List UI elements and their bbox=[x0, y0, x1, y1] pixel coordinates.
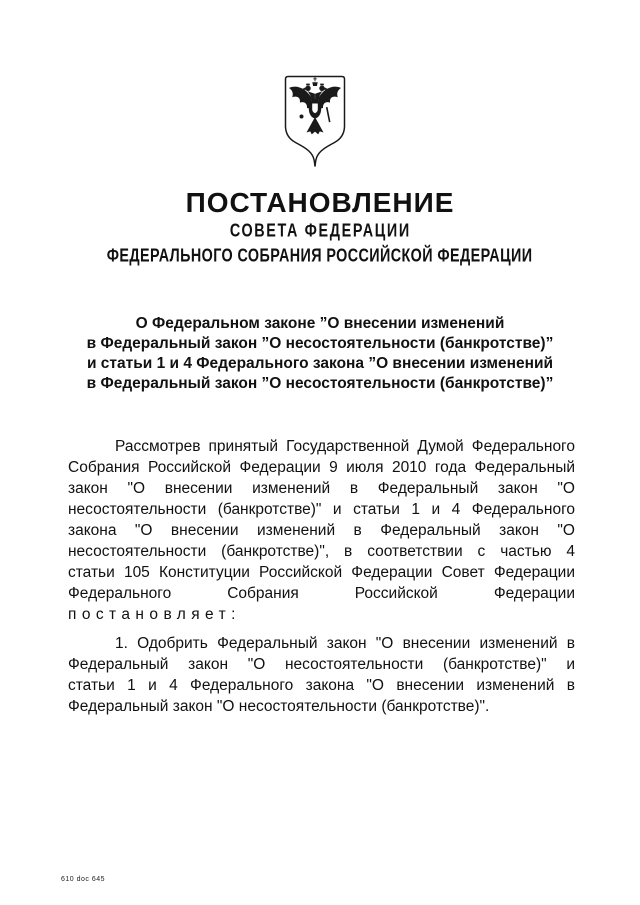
subject-line: и статьи 1 и 4 Федерального закона ”О вн… bbox=[0, 354, 640, 374]
title-council-text: СОВЕТА ФЕДЕРАЦИИ bbox=[230, 219, 411, 241]
resolution-item-1: 1. Одобрить Федеральный закон "О внесени… bbox=[68, 633, 575, 717]
body-line: статьи 1 и 4 Федерального закона "О внес… bbox=[68, 675, 575, 696]
body-line: Собрания Российской Федерации 9 июля 201… bbox=[68, 457, 575, 478]
preamble-paragraph: Рассмотрев принятый Государственной Думо… bbox=[68, 436, 575, 625]
subject-heading: О Федеральном законе ”О внесении изменен… bbox=[0, 314, 640, 394]
body-line: 1. Одобрить Федеральный закон "О внесени… bbox=[68, 633, 575, 654]
subject-line: в Федеральный закон ”О несостоятельности… bbox=[0, 334, 640, 354]
breast-shield bbox=[312, 104, 318, 114]
body-line: статьи 105 Конституции Российской Федера… bbox=[68, 562, 575, 583]
document-title: ПОСТАНОВЛЕНИЕ bbox=[0, 187, 640, 219]
footer-file-code: 610 doc 645 bbox=[61, 876, 105, 883]
title-assembly-line: ФЕДЕРАЛЬНОГО СОБРАНИЯ РОССИЙСКОЙ ФЕДЕРАЦ… bbox=[0, 245, 640, 266]
scanned-decree-page: ПОСТАНОВЛЕНИЕ СОВЕТА ФЕДЕРАЦИИ ФЕДЕРАЛЬН… bbox=[0, 0, 640, 905]
body-line: закона "О внесении изменений в Федеральн… bbox=[68, 520, 575, 541]
body-line: несостоятельности (банкротстве)", в соот… bbox=[68, 541, 575, 562]
subject-line: О Федеральном законе ”О внесении изменен… bbox=[0, 314, 640, 334]
body-line: несостоятельности (банкротстве)" и стать… bbox=[68, 499, 575, 520]
body-line: закон "О внесении изменений в Федеральны… bbox=[68, 478, 575, 499]
title-assembly-text: ФЕДЕРАЛЬНОГО СОБРАНИЯ РОССИЙСКОЙ ФЕДЕРАЦ… bbox=[107, 244, 533, 266]
title-council-line: СОВЕТА ФЕДЕРАЦИИ bbox=[0, 220, 640, 241]
subject-line: в Федеральный закон ”О несостоятельности… bbox=[0, 374, 640, 394]
body-line: Федеральный закон "О несостоятельности (… bbox=[68, 654, 575, 675]
decree-word: постановляет: bbox=[68, 604, 575, 625]
coat-of-arms-icon bbox=[283, 74, 347, 170]
body-line: Федеральный закон "О несостоятельности (… bbox=[68, 696, 575, 717]
body-line: Рассмотрев принятый Государственной Думо… bbox=[68, 436, 575, 457]
body-line: Федерального Собрания Российской Федерац… bbox=[68, 583, 575, 604]
